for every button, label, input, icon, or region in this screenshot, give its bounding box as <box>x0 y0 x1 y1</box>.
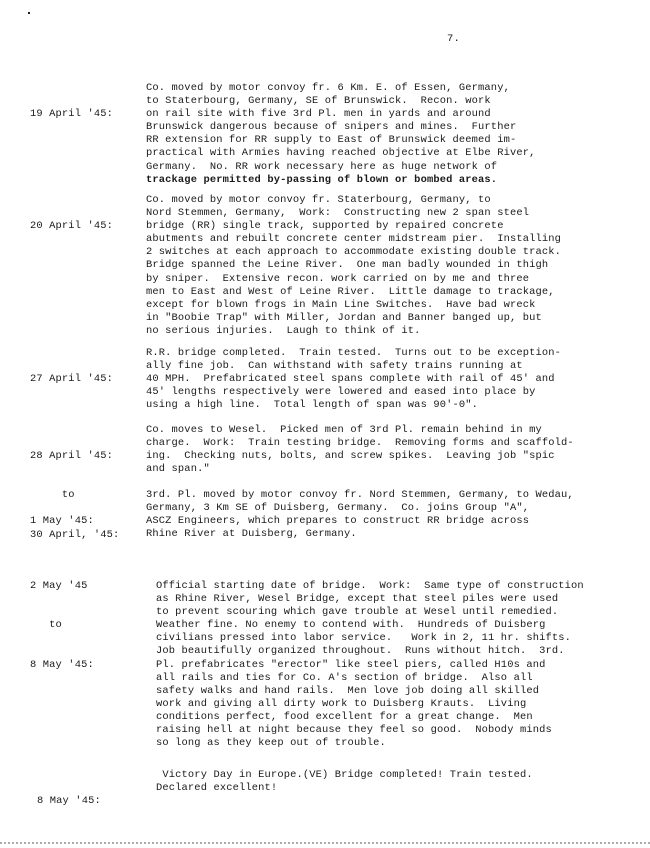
entry-date: 2 May '45 to 8 May '45: <box>30 554 150 698</box>
entry-body: R.R. bridge completed. Train tested. Tur… <box>146 347 626 412</box>
entry-body: 3rd. Pl. moved by motor convoy fr. Nord … <box>146 489 626 541</box>
entry-body: Co. moves to Wesel. Picked men of 3rd Pl… <box>146 424 626 476</box>
entry-body: Co. moved by motor convoy fr. 6 Km. E. o… <box>146 82 626 187</box>
entry-date: 1 May '45: <box>30 489 150 554</box>
entry-body: Co. moved by motor convoy fr. Staterbour… <box>146 194 626 338</box>
page-number: 7. <box>447 33 460 46</box>
entry-date: 8 May '45: <box>37 769 157 834</box>
entry-date: 27 April '45: <box>30 347 150 412</box>
document-page: 7. 19 April '45: Co. moved by motor conv… <box>0 0 650 848</box>
scan-bottom-edge <box>0 842 650 844</box>
scan-speck <box>28 12 30 14</box>
entry-date: 19 April '45: <box>30 82 150 147</box>
entry-body: Victory Day in Europe.(VE) Bridge comple… <box>156 769 636 795</box>
entry-date: 20 April '45: <box>30 194 150 259</box>
entry-body: Official starting date of bridge. Work: … <box>156 580 636 750</box>
